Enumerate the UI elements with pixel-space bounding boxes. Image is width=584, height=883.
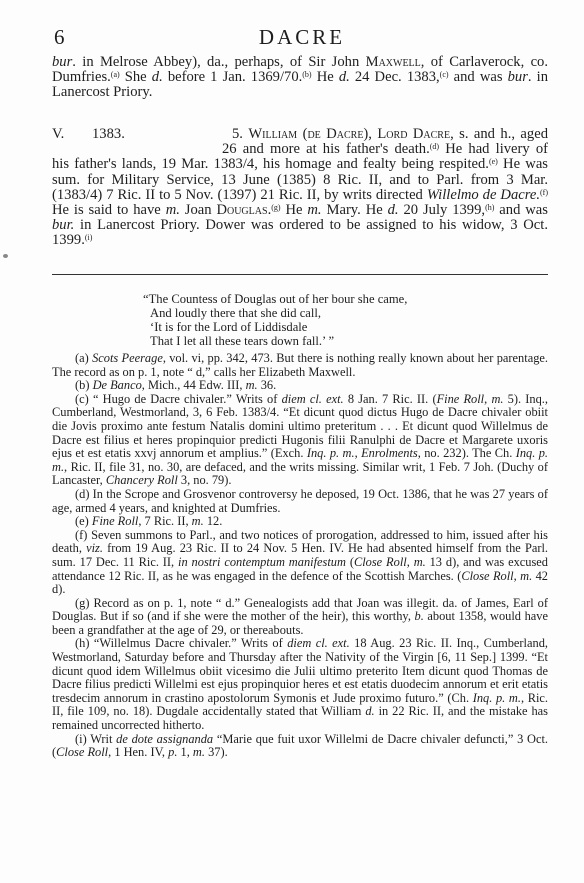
ballad-quote: “The Countess of Douglas out of her bour… [143,292,407,348]
footnote-ref-d[interactable]: (d) [430,142,439,151]
italic-text: d. [152,69,163,85]
footnote-ref-i[interactable]: (i) [85,233,93,242]
italic-text: Enrolments [361,446,418,460]
text: 8 Jan. 7 Ric. II. ( [344,392,437,406]
italic-text: Scots Peerage [92,351,163,365]
italic-text: b. [415,609,424,623]
text: and was [449,69,508,85]
footnote-ref-f[interactable]: (f) [540,188,548,197]
italic-text: d. [365,704,374,718]
text: , 1 Hen. IV, [108,745,168,759]
italic-text: diem cl. ext. [282,392,344,406]
text: 36. [258,378,277,392]
italic-text: Close Roll [354,555,407,569]
text: , Mich., 44 Edw. III, [142,378,246,392]
italic-text: Chancery Roll [106,473,178,487]
footnote-d: (d) In the Scrope and Grosvenor controve… [52,488,548,515]
text: 1383, [407,69,440,85]
footnote-a: (a) Scots Peerage, vol. vi, pp. 342, 473… [52,352,548,379]
italic-text: Inq. p. m. [307,446,355,460]
person-name: William [248,126,297,142]
text: ( [346,555,354,569]
footnote-mark: (f) [75,528,87,542]
text: , 7 Ric. II, [138,514,191,528]
text: He [281,202,308,218]
footnote-ref-c[interactable]: (c) [440,70,449,79]
entry-name-line: 5. William (de Dacre), Lord Dacre, s. an… [232,127,548,142]
entry-heading: V. 1383. 5. William (de Dacre), Lord Dac… [52,127,548,142]
italic-text: m. [491,392,503,406]
italic-text: de dote assignanda [116,732,213,746]
text: Writ [87,732,116,746]
ordinal: 5. [232,126,243,142]
text: Joan [180,202,217,218]
footnote-ref-g[interactable]: (g) [271,203,280,212]
scan-mark [3,254,8,258]
footnote-e: (e) Fine Roll, 7 Ric. II, m. 12. [52,515,548,529]
italic-text: d. [339,69,350,85]
text: , [407,555,414,569]
italic-text: De Banco [93,378,142,392]
entry-line: 26 and more at his father's death.(d) He… [52,142,548,157]
text: She [120,69,152,85]
text: 26 and more at his father's death. [222,141,430,157]
footnote-mark: (h) [75,636,89,650]
poem-line: That I let all these tears down fall.’ ” [143,334,407,348]
peerage-entry: V. 1383. 5. William (de Dacre), Lord Dac… [52,127,548,249]
footnote-g: (g) Record as on p. 1, note “ d.” Geneal… [52,597,548,638]
peerage-title: Lord Dacre [377,126,450,142]
generation-numeral: V. [52,127,92,142]
surname: Maxwell [366,54,421,70]
text: . in Melrose Abbey), da., perhaps, of Si… [72,54,365,70]
italic-text: m. [414,555,426,569]
italic-text: Inq. p. m. [473,691,521,705]
footnote-mark: (i) [75,732,87,746]
text: He is said to have [52,202,166,218]
italic-text: Fine Roll [92,514,138,528]
italic-text: bur [52,54,72,70]
italic-text: in nostri contemptum manifestum [178,555,346,569]
footnote-mark: (g) [75,596,89,610]
text: 1, [177,745,193,759]
footnote-mark: (c) [75,392,89,406]
italic-text: m. [192,514,204,528]
footnote-ref-h[interactable]: (h) [485,203,494,212]
footnote-ref-b[interactable]: (b) [302,70,311,79]
italic-text: bur [508,69,528,85]
text: 3, no. 79). [178,473,232,487]
text: Mary. He [326,202,387,218]
text: 12. [204,514,223,528]
entry-year: 1383. [92,127,232,142]
italic-text: viz. [86,541,103,555]
text: 24 Dec. [350,69,402,85]
surname: Douglas [216,202,267,218]
text: and was [494,202,548,218]
italic-text: bur. [52,217,74,233]
footnote-ref-a[interactable]: (a) [111,70,120,79]
text: “ Hugo de Dacre chivaler.” Writs of [89,392,282,406]
footnote-i: (i) Writ de dote assignanda “Marie que f… [52,733,548,760]
italic-text: m. [307,202,321,218]
text: “Willelmus Dacre chivaler.” Writs of [89,636,287,650]
italic-text: Close Roll [461,569,513,583]
italic-text: m. [520,569,532,583]
running-title: DACRE [0,25,584,50]
continuation-paragraph: bur. in Melrose Abbey), da., perhaps, of… [52,55,548,101]
footnote-divider [52,274,548,275]
text: 37). [205,745,228,759]
footnote-f: (f) Seven summons to Parl., and two noti… [52,529,548,597]
footnote-mark: (e) [75,514,89,528]
text: his father's lands, 19 Mar. 1383/4, his … [52,156,489,172]
text: 20 July 1399, [399,202,485,218]
text: , s. and h., aged [450,126,548,142]
italic-text: d. [388,202,399,218]
poem-line: And loudly there that she did call, [143,306,407,320]
footnote-c: (c) “ Hugo de Dacre chivaler.” Writs of … [52,393,548,488]
italic-text: Fine Roll [437,392,485,406]
footnotes: (a) Scots Peerage, vol. vi, pp. 342, 473… [52,352,548,760]
footnote-h: (h) “Willelmus Dacre chivaler.” Writs of… [52,637,548,732]
text: He [312,69,339,85]
footnote-ref-e[interactable]: (e) [489,157,498,166]
footnote-mark: (b) [75,378,89,392]
poem-line: ‘It is for the Lord of Liddisdale [143,320,407,334]
poem-line: “The Countess of Douglas out of her bour… [143,292,407,306]
footnote-mark: (a) [75,351,89,365]
footnote-mark: (d) [75,487,89,501]
text: He had livery of [439,141,548,157]
footnote-b: (b) De Banco, Mich., 44 Edw. III, m. 36. [52,379,548,393]
text: before 1 Jan. 1369/70. [163,69,303,85]
text: , of Carlaverock, [421,54,524,70]
italic-text: m. [246,378,258,392]
person-surname: (de Dacre) [303,126,369,142]
italic-text: diem cl. ext. [287,636,350,650]
italic-text: Willelmo de Dacre. [427,187,540,203]
text: In the Scrope and Grosvenor controversy … [52,487,548,515]
text: , no. 232). The Ch. [418,446,516,460]
italic-text: m. [166,202,180,218]
text: in Lanercost Priory. Dower [74,217,245,233]
italic-text: Close Roll [56,745,108,759]
italic-text: m. [193,745,205,759]
